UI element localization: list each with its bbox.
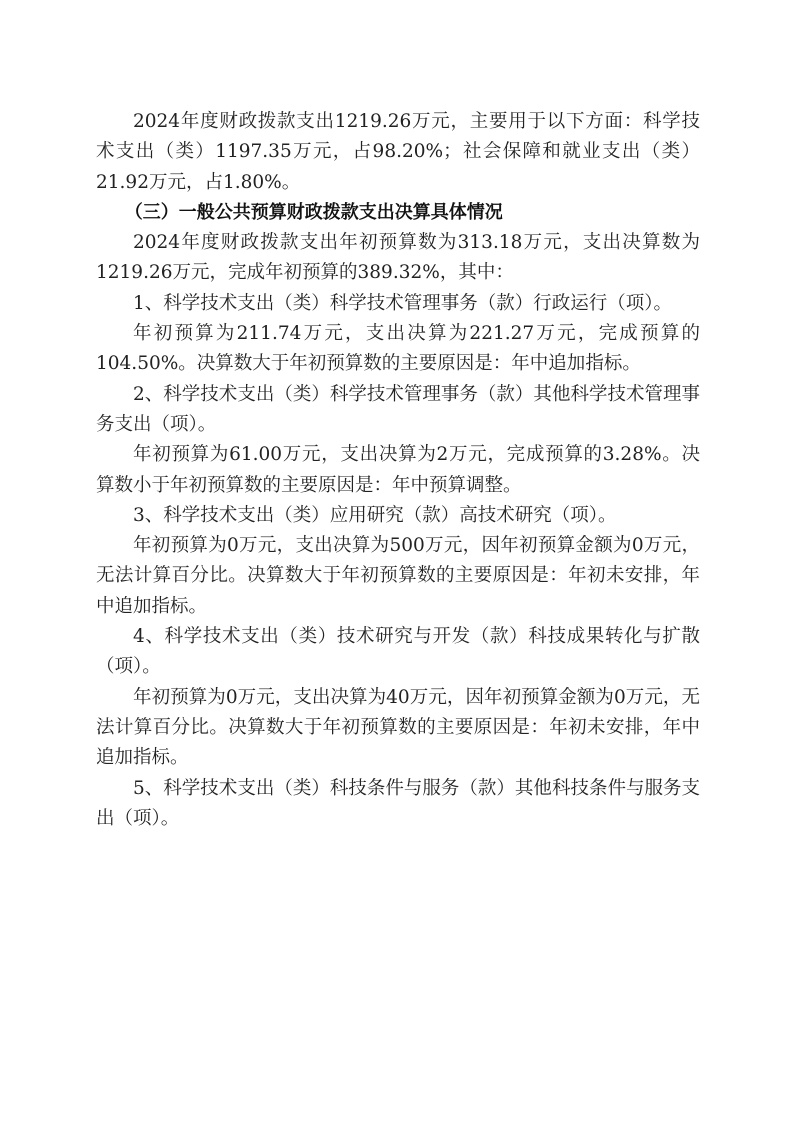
section-heading: （三）一般公共预算财政拨款支出决算具体情况 (96, 198, 700, 228)
item-1-detail: 年初预算为211.74万元，支出决算为221.27万元，完成预算的104.50%… (96, 319, 700, 380)
item-2-detail: 年初预算为61.00万元，支出决算为2万元，完成预算的3.28%。决算数小于年初… (96, 440, 700, 501)
item-4-detail: 年初预算为0万元，支出决算为40万元，因年初预算金额为0万元，无法计算百分比。决… (96, 683, 700, 774)
item-5-title: 5、科学技术支出（类）科技条件与服务（款）其他科技条件与服务支出（项）。 (96, 774, 700, 835)
item-3-title: 3、科学技术支出（类）应用研究（款）高技术研究（项）。 (96, 501, 700, 531)
item-4-title: 4、科学技术支出（类）技术研究与开发（款）科技成果转化与扩散（项）。 (96, 622, 700, 683)
item-2-title: 2、科学技术支出（类）科学技术管理事务（款）其他科学技术管理事务支出（项）。 (96, 380, 700, 441)
intro-paragraph: 2024年度财政拨款支出1219.26万元，主要用于以下方面：科学技术支出（类）… (96, 107, 700, 198)
item-3-detail: 年初预算为0万元，支出决算为500万元，因年初预算金额为0万元，无法计算百分比。… (96, 531, 700, 622)
item-1-title: 1、科学技术支出（类）科学技术管理事务（款）行政运行（项）。 (96, 289, 700, 319)
summary-paragraph: 2024年度财政拨款支出年初预算数为313.18万元，支出决算数为1219.26… (96, 228, 700, 289)
document-page: 2024年度财政拨款支出1219.26万元，主要用于以下方面：科学技术支出（类）… (96, 107, 700, 834)
